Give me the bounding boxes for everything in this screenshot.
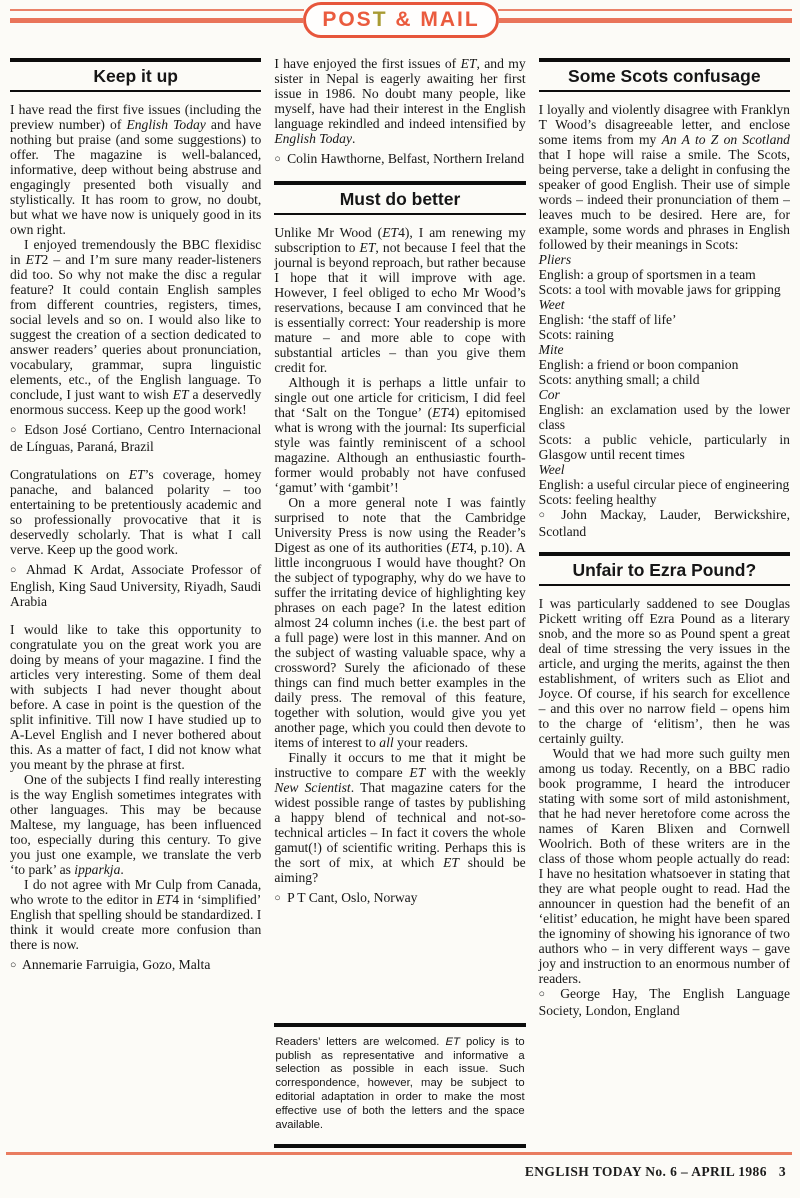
- glossary-line: English: a group of sportsmen in a team: [539, 267, 790, 282]
- letter-paragraph: I do not agree with Mr Culp from Canada,…: [10, 877, 261, 952]
- column-3: Some Scots confusageI loyally and violen…: [539, 56, 790, 1148]
- masthead-rule-left: [10, 0, 304, 40]
- section-heading: Keep it up: [10, 58, 261, 92]
- letter-paragraph: Unlike Mr Wood (ET4), I am renewing my s…: [274, 225, 525, 375]
- glossary-line: Mite: [539, 342, 790, 357]
- section-heading-label: Unfair to Ezra Pound?: [572, 560, 756, 580]
- signature-text: Colin Hawthorne, Belfast, Northern Irela…: [287, 151, 524, 166]
- letter-paragraph: Finally it occurs to me that it might be…: [274, 750, 525, 885]
- letter-paragraph: I have enjoyed the first issues of ET, a…: [274, 56, 525, 146]
- letter-signature: ○ Edson José Cortiano, Centro Internacio…: [10, 422, 261, 454]
- signature-text: Annemarie Farruigia, Gozo, Malta: [22, 957, 210, 972]
- readers-note: Readers’ letters are welcomed. ET policy…: [274, 1023, 525, 1148]
- glossary-line: Scots: a tool with movable jaws for grip…: [539, 282, 790, 297]
- letter-paragraph: On a more general note I was faintly sur…: [274, 495, 525, 750]
- signature-text: P T Cant, Oslo, Norway: [287, 890, 417, 905]
- glossary-line: Scots: anything small; a child: [539, 372, 790, 387]
- letter-signature: ○ Ahmad K Ardat, Associate Professor of …: [10, 562, 261, 609]
- glossary-line: Weet: [539, 297, 790, 312]
- letter-marker-icon: ○: [10, 958, 16, 973]
- masthead: POST & MAIL: [0, 0, 800, 44]
- letter-marker-icon: ○: [10, 423, 16, 438]
- letter-paragraph: I was particularly saddened to see Dougl…: [539, 596, 790, 746]
- masthead-title-part3: & MAIL: [388, 8, 480, 32]
- glossary-line: Pliers: [539, 252, 790, 267]
- letter-marker-icon: ○: [274, 152, 280, 167]
- glossary-line: English: an exclamation used by the lowe…: [539, 402, 790, 432]
- glossary-line: English: a useful circular piece of engi…: [539, 477, 790, 492]
- section-heading-label: Keep it up: [93, 66, 178, 86]
- letters-page-body: Keep it upI have read the first five iss…: [0, 44, 800, 1148]
- letter-signature: ○ George Hay, The English Language Socie…: [539, 986, 790, 1018]
- page-number: 3: [779, 1164, 786, 1179]
- journal-footer-text: ENGLISH TODAY No. 6 – APRIL 1986: [525, 1164, 767, 1179]
- column-1: Keep it upI have read the first five iss…: [10, 56, 261, 1148]
- glossary-line: Scots: a public vehicle, particularly in…: [539, 432, 790, 462]
- section-heading-label: Must do better: [340, 189, 461, 209]
- glossary-line: Cor: [539, 387, 790, 402]
- signature-text: Ahmad K Ardat, Associate Professor of En…: [10, 562, 261, 609]
- letter-paragraph: Although it is perhaps a little unfair t…: [274, 375, 525, 495]
- glossary-line: English: a friend or boon companion: [539, 357, 790, 372]
- signature-text: John Mackay, Lauder, Berwickshire, Scotl…: [539, 507, 790, 539]
- page-footer: ENGLISH TODAY No. 6 – APRIL 19863: [0, 1164, 800, 1180]
- bottom-divider-rule: [6, 1152, 792, 1155]
- letter-marker-icon: ○: [539, 987, 545, 1002]
- masthead-title-part2: T: [373, 8, 388, 32]
- post-mail-badge: POST & MAIL: [303, 2, 499, 38]
- letter-paragraph: Congratulations on ET’s coverage, homey …: [10, 467, 261, 557]
- section-heading: Some Scots confusage: [539, 58, 790, 92]
- letter-signature: ○ John Mackay, Lauder, Berwickshire, Sco…: [539, 507, 790, 539]
- letter-marker-icon: ○: [539, 508, 545, 523]
- letter-paragraph: I have read the first five issues (inclu…: [10, 102, 261, 237]
- section-heading-label: Some Scots confusage: [568, 66, 761, 86]
- letter-paragraph: Would that we had more such guilty men a…: [539, 746, 790, 986]
- signature-text: George Hay, The English Language Society…: [539, 986, 790, 1018]
- masthead-rule-right: [498, 0, 792, 40]
- column-2: I have enjoyed the first issues of ET, a…: [274, 56, 525, 1148]
- letter-marker-icon: ○: [274, 891, 280, 906]
- letter-signature: ○ P T Cant, Oslo, Norway: [274, 890, 525, 907]
- masthead-title-part1: POS: [322, 8, 372, 32]
- glossary-line: English: ‘the staff of life’: [539, 312, 790, 327]
- glossary-line: Scots: raining: [539, 327, 790, 342]
- letter-paragraph: One of the subjects I find really intere…: [10, 772, 261, 877]
- signature-text: Edson José Cortiano, Centro Internaciona…: [10, 422, 261, 454]
- glossary-line: Weel: [539, 462, 790, 477]
- letter-paragraph: I would like to take this opportunity to…: [10, 622, 261, 772]
- letter-signature: ○ Annemarie Farruigia, Gozo, Malta: [10, 957, 261, 974]
- letter-paragraph: I enjoyed tremendously the BBC flexidisc…: [10, 237, 261, 417]
- section-heading: Must do better: [274, 181, 525, 215]
- section-heading: Unfair to Ezra Pound?: [539, 552, 790, 586]
- letter-signature: ○ Colin Hawthorne, Belfast, Northern Ire…: [274, 151, 525, 168]
- letter-paragraph: I loyally and violently disagree with Fr…: [539, 102, 790, 252]
- letter-marker-icon: ○: [10, 563, 16, 578]
- readers-note-text: Readers’ letters are welcomed. ET policy…: [275, 1036, 524, 1133]
- glossary-line: Scots: feeling healthy: [539, 492, 790, 507]
